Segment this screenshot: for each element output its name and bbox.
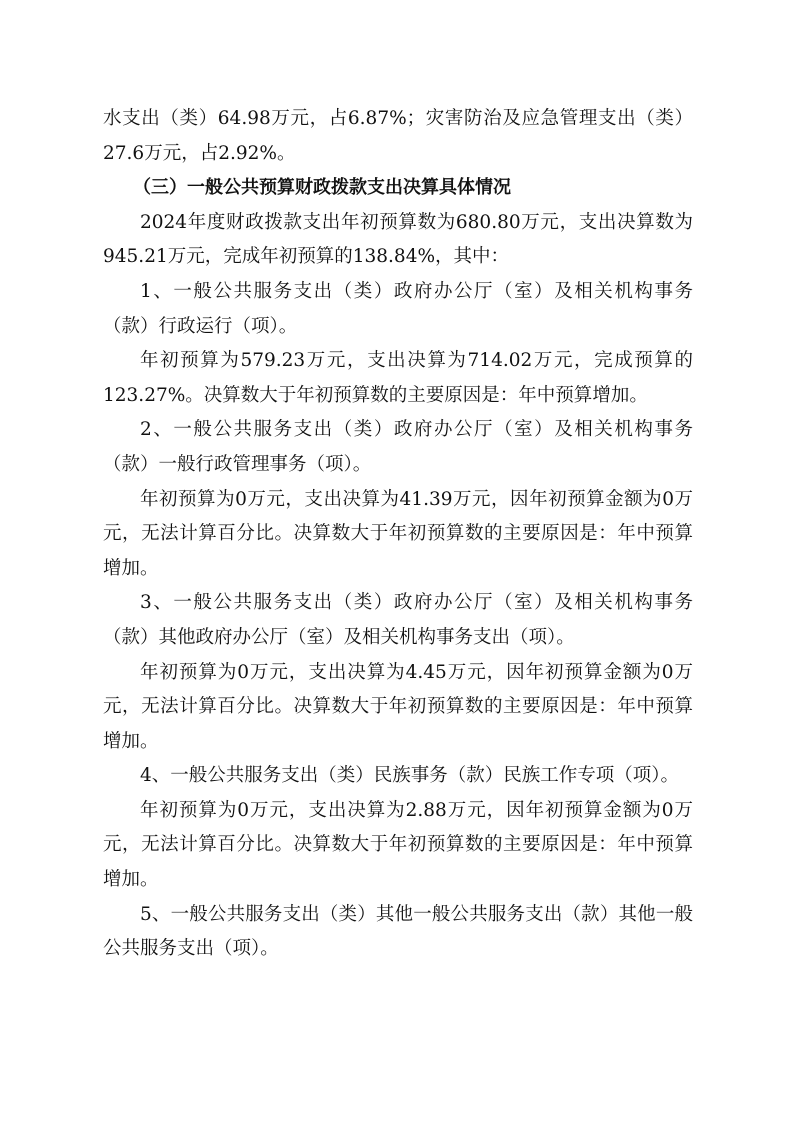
item-1-title: 1、一般公共服务支出（类）政府办公厅（室）及相关机构事务（款）行政运行（项）。 <box>103 275 693 344</box>
paragraph-summary: 2024年度财政拨款支出年初预算数为680.80万元，支出决算数为945.21万… <box>103 206 693 275</box>
item-3-title: 3、一般公共服务支出（类）政府办公厅（室）及相关机构事务（款）其他政府办公厅（室… <box>103 586 693 655</box>
item-3-detail: 年初预算为0万元，支出决算为4.45万元，因年初预算金额为0万元，无法计算百分比… <box>103 656 693 760</box>
document-page: 水支出（类）64.98万元，占6.87%；灾害防治及应急管理支出（类）27.6万… <box>103 102 693 967</box>
item-4-detail: 年初预算为0万元，支出决算为2.88万元，因年初预算金额为0万元，无法计算百分比… <box>103 794 693 898</box>
section-heading: （三）一般公共预算财政拨款支出决算具体情况 <box>103 171 693 206</box>
item-4-title: 4、一般公共服务支出（类）民族事务（款）民族工作专项（项）。 <box>103 759 693 794</box>
item-1-detail: 年初预算为579.23万元，支出决算为714.02万元，完成预算的123.27%… <box>103 344 693 413</box>
item-2-detail: 年初预算为0万元，支出决算为41.39万元，因年初预算金额为0万元，无法计算百分… <box>103 483 693 587</box>
item-5-title: 5、一般公共服务支出（类）其他一般公共服务支出（款）其他一般公共服务支出（项）。 <box>103 898 693 967</box>
paragraph-continuation: 水支出（类）64.98万元，占6.87%；灾害防治及应急管理支出（类）27.6万… <box>103 102 693 171</box>
item-2-title: 2、一般公共服务支出（类）政府办公厅（室）及相关机构事务（款）一般行政管理事务（… <box>103 413 693 482</box>
